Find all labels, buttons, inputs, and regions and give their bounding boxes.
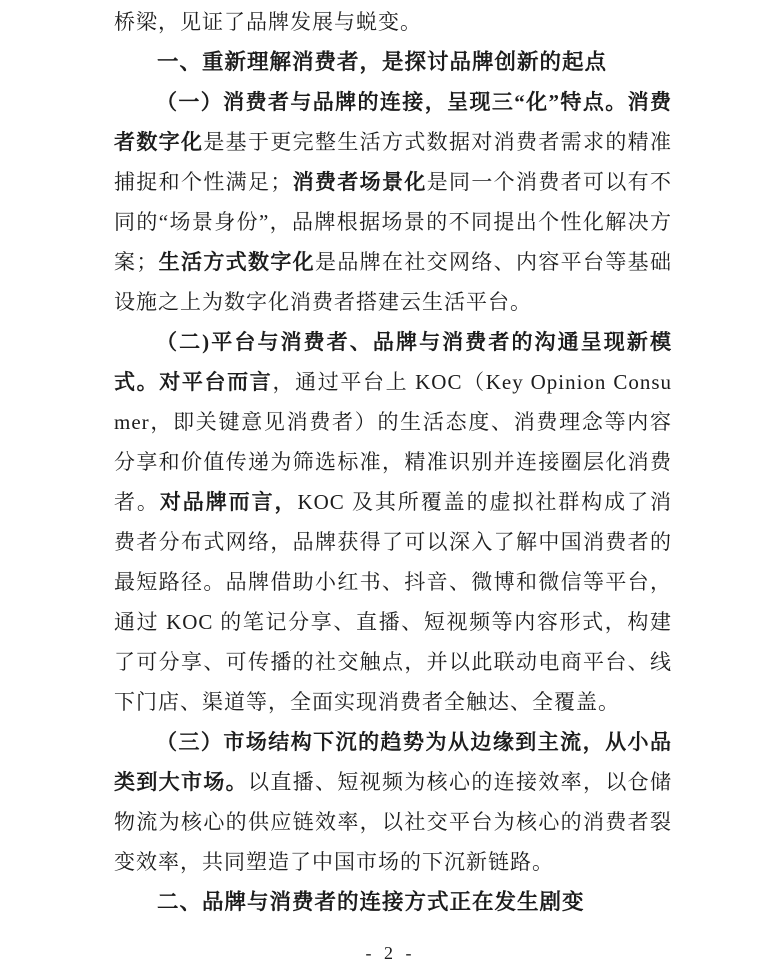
text-run: 消费者场景化: [292, 170, 426, 194]
paragraph: 桥梁，见证了品牌发展与蜕变。: [114, 2, 672, 42]
page-footer: - 2 -: [0, 941, 781, 965]
document-body: 桥梁，见证了品牌发展与蜕变。一、重新理解消费者，是探讨品牌创新的起点（一）消费者…: [114, 2, 672, 922]
text-run: KOC 及其所覆盖的虚拟社群构成了消费者分布式网络，品牌获得了可以深入了解中国消…: [114, 490, 672, 714]
text-run: 对品牌而言，: [160, 490, 298, 514]
section-heading: 二、品牌与消费者的连接方式正在发生剧变: [114, 882, 672, 922]
paragraph: （一）消费者与品牌的连接，呈现三“化”特点。消费者数字化是基于更完整生活方式数据…: [114, 82, 672, 322]
paragraph: （二)平台与消费者、品牌与消费者的沟通呈现新模式。对平台而言，通过平台上 KOC…: [114, 322, 672, 722]
document-page: 桥梁，见证了品牌发展与蜕变。一、重新理解消费者，是探讨品牌创新的起点（一）消费者…: [0, 0, 781, 965]
text-run: 一、重新理解消费者，是探讨品牌创新的起点: [157, 50, 607, 74]
text-run: 二、品牌与消费者的连接方式正在发生剧变: [157, 890, 585, 914]
section-heading: 一、重新理解消费者，是探讨品牌创新的起点: [114, 42, 672, 82]
paragraph: （三）市场结构下沉的趋势为从边缘到主流，从小品类到大市场。以直播、短视频为核心的…: [114, 722, 672, 882]
text-run: 桥梁，见证了品牌发展与蜕变。: [114, 10, 422, 34]
text-run: 生活方式数字化: [158, 250, 315, 274]
page-number: - 2 -: [366, 943, 416, 963]
